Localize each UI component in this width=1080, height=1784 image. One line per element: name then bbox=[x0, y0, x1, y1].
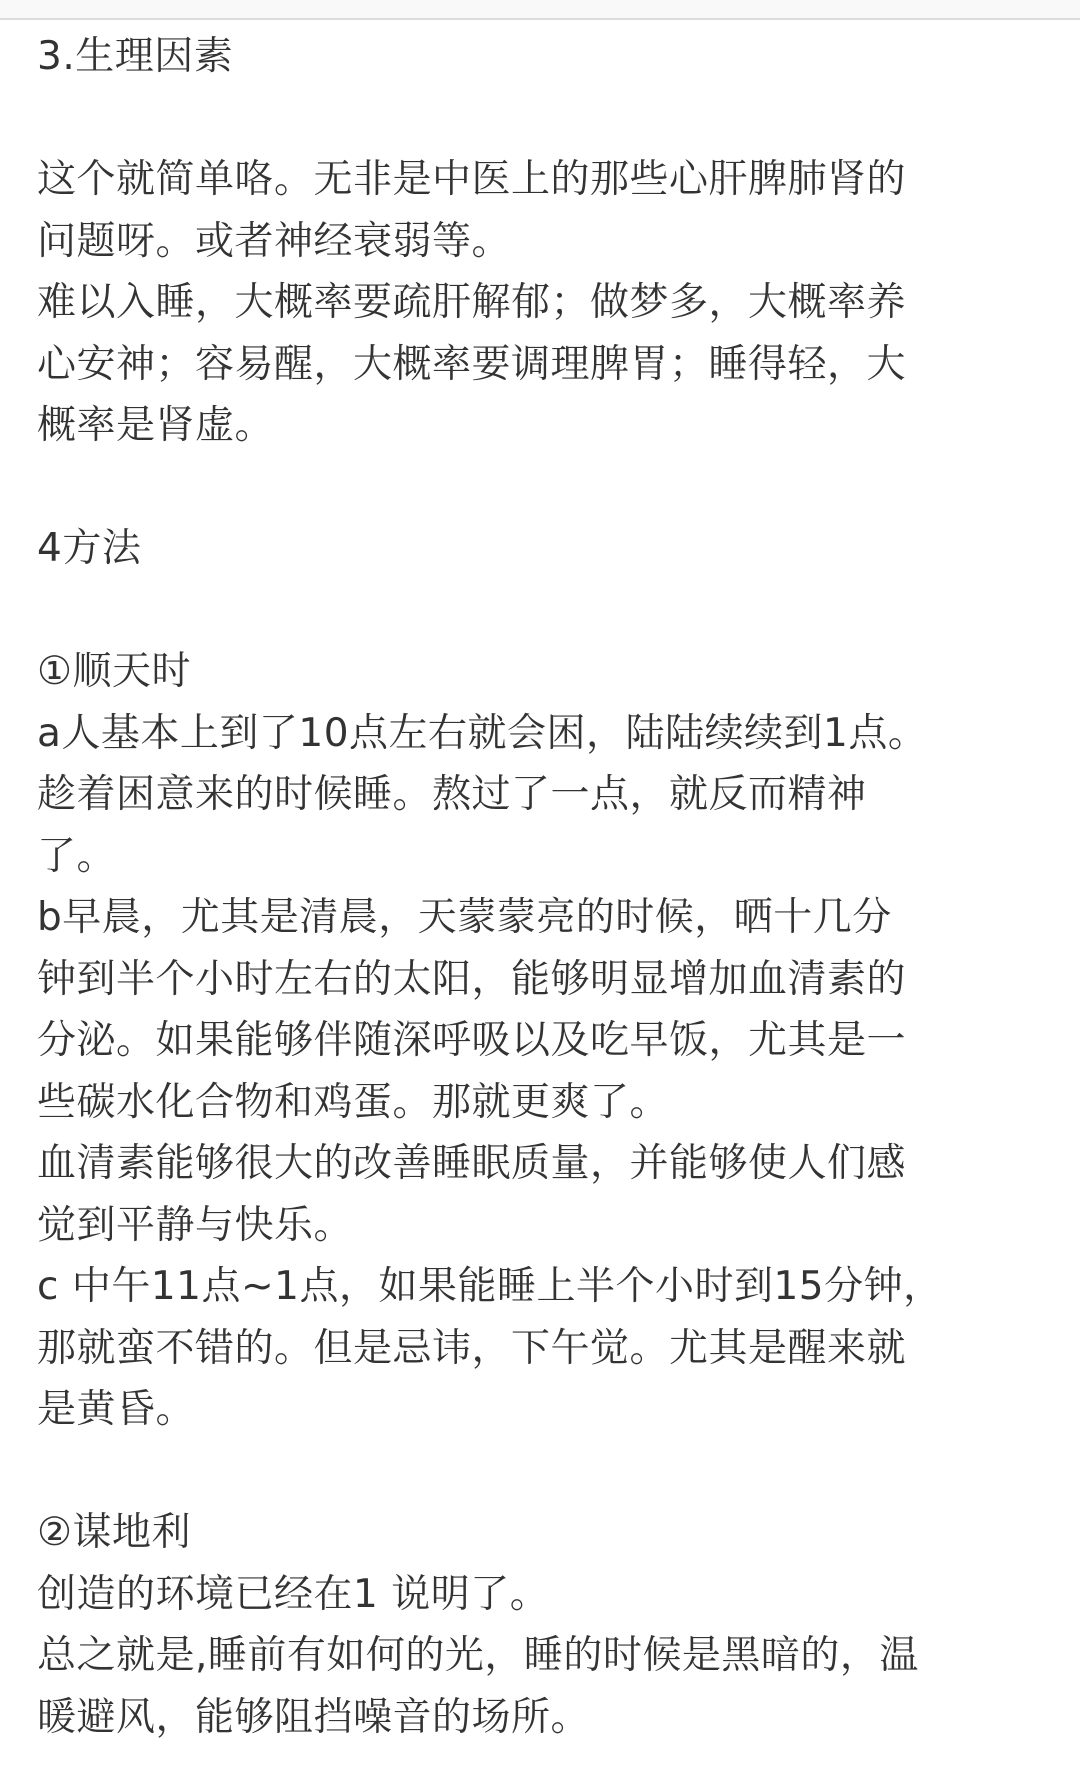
paragraph-line: 血清素能够很大的改善睡眠质量，并能够使人们感 bbox=[37, 1133, 1047, 1195]
paragraph-line: 概率是肾虚。 bbox=[37, 395, 1047, 457]
section-heading-physiological-factors: 3.生理因素 bbox=[37, 26, 1047, 88]
paragraph-line: 趁着困意来的时候睡。熬过了一点，就反而精神 bbox=[37, 764, 1047, 826]
paragraph-line: 了。 bbox=[37, 826, 1047, 888]
paragraph-line: 创造的环境已经在1 说明了。 bbox=[37, 1564, 1047, 1626]
article-body: 3.生理因素 这个就简单咯。无非是中医上的那些心肝脾肺肾的 问题呀。或者神经衰弱… bbox=[37, 26, 1047, 1748]
blank-line bbox=[37, 1441, 1047, 1503]
paragraph-line: 心安神；容易醒，大概率要调理脾胃；睡得轻，大 bbox=[37, 334, 1047, 396]
blank-line bbox=[37, 457, 1047, 519]
subheading-environment: ②谋地利 bbox=[37, 1502, 1047, 1564]
paragraph-line: 问题呀。或者神经衰弱等。 bbox=[37, 211, 1047, 273]
paragraph-line: 总之就是,睡前有如何的光，睡的时候是黑暗的，温 bbox=[37, 1625, 1047, 1687]
subheading-timing: ①顺天时 bbox=[37, 641, 1047, 703]
paragraph-line: 这个就简单咯。无非是中医上的那些心肝脾肺肾的 bbox=[37, 149, 1047, 211]
paragraph-line: 那就蛮不错的。但是忌讳，下午觉。尤其是醒来就 bbox=[37, 1318, 1047, 1380]
paragraph-line: 是黄昏。 bbox=[37, 1379, 1047, 1441]
paragraph-line: 暖避风，能够阻挡噪音的场所。 bbox=[37, 1687, 1047, 1749]
paragraph-line: 难以入睡，大概率要疏肝解郁；做梦多，大概率养 bbox=[37, 272, 1047, 334]
paragraph-line: 觉到平静与快乐。 bbox=[37, 1195, 1047, 1257]
paragraph-line: c 中午11点~1点，如果能睡上半个小时到15分钟， bbox=[37, 1256, 1047, 1318]
paragraph-line: 分泌。如果能够伴随深呼吸以及吃早饭，尤其是一 bbox=[37, 1010, 1047, 1072]
top-bar bbox=[0, 0, 1080, 20]
blank-line bbox=[37, 88, 1047, 150]
blank-line bbox=[37, 580, 1047, 642]
paragraph-line: a人基本上到了10点左右就会困，陆陆续续到1点。 bbox=[37, 703, 1047, 765]
section-heading-methods: 4方法 bbox=[37, 518, 1047, 580]
paragraph-line: 些碳水化合物和鸡蛋。那就更爽了。 bbox=[37, 1072, 1047, 1134]
paragraph-line: b早晨，尤其是清晨，天蒙蒙亮的时候，晒十几分 bbox=[37, 887, 1047, 949]
paragraph-line: 钟到半个小时左右的太阳，能够明显增加血清素的 bbox=[37, 949, 1047, 1011]
